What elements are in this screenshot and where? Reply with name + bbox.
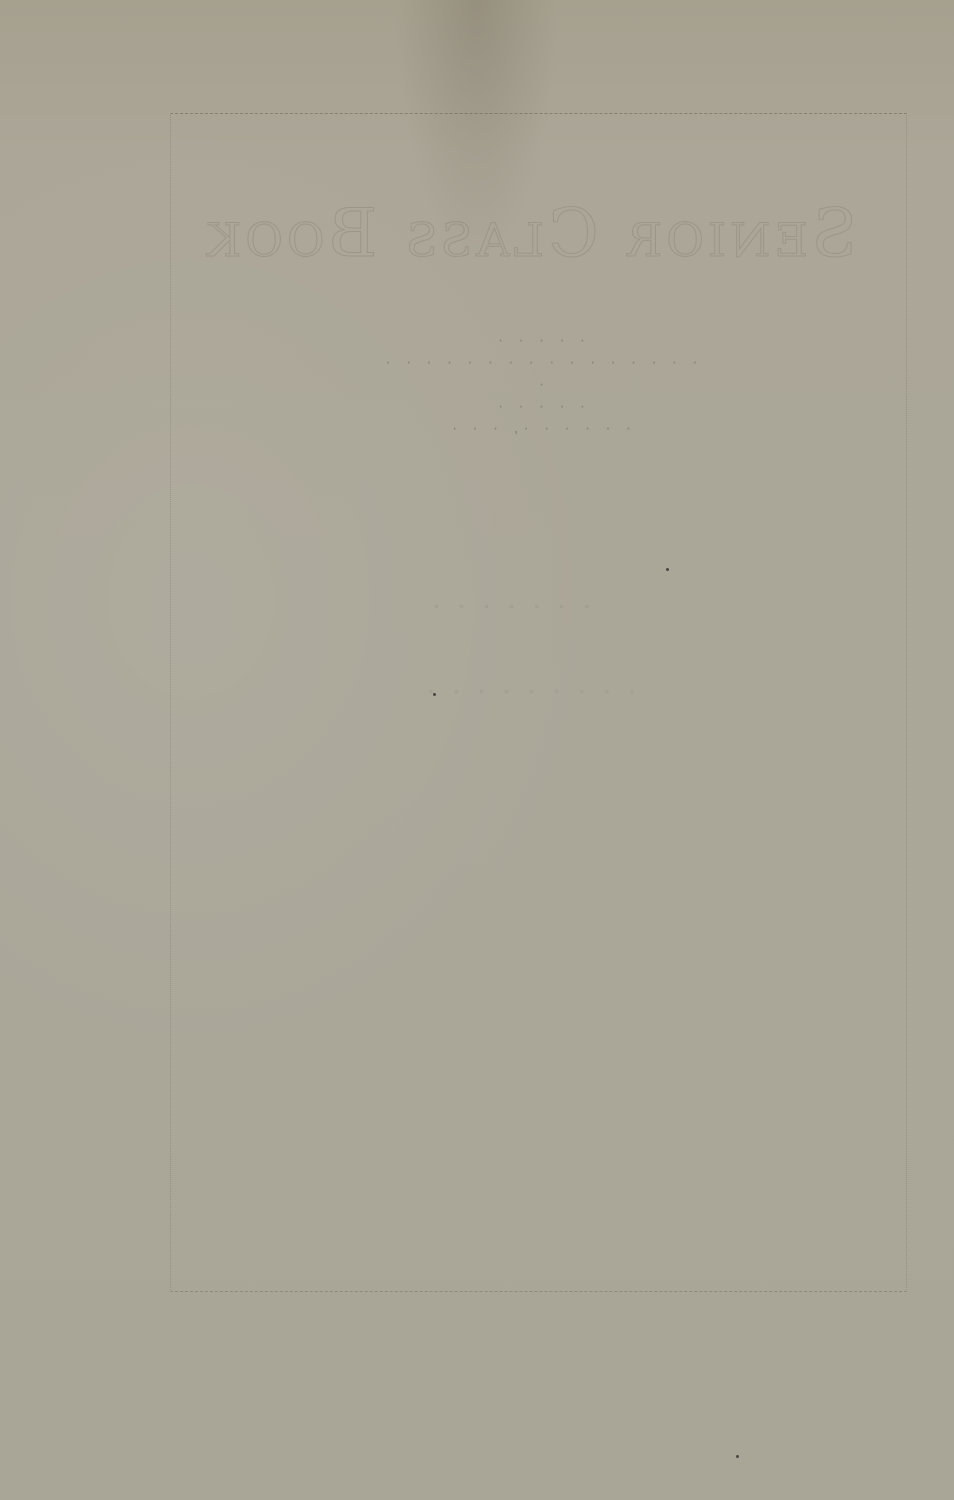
stamp-line: · · · · · · · · · · · · · · · · · [380, 352, 700, 396]
stamp-line: · · · · · [380, 396, 700, 418]
stamp-line: · · · · · ·, · · · [380, 418, 700, 440]
bleed-through-title: Senior Class Book [190, 195, 870, 272]
ink-speck [736, 1455, 739, 1458]
stamp-line: · · · · · [380, 330, 700, 352]
bleed-through-text: · · · · · · · [300, 590, 720, 625]
bleed-through-text: · · · · · · · · · [300, 675, 760, 710]
ink-speck [433, 693, 436, 696]
ink-speck [666, 568, 669, 571]
library-stamp: · · · · · · · · · · · · · · · · · · · · … [380, 330, 700, 440]
